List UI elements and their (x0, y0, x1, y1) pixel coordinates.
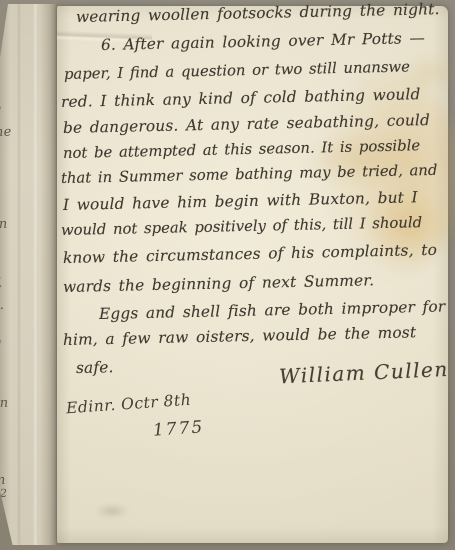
letter-line: wearing woollen footsocks during the nig… (76, 2, 440, 25)
letter-line: him, a few raw oisters, would be the mos… (63, 325, 417, 348)
stroke-fragment: e (0, 70, 1, 83)
letter-line: 6. After again looking over Mr Potts — (101, 31, 425, 53)
stroke-fragment: g (0, 337, 2, 350)
stroke-fragment: s. (0, 299, 4, 312)
manuscript-scan: 5 e b the r s j on o 7 s. l g – an f r m… (0, 0, 455, 550)
stroke-fragment: on (0, 218, 7, 232)
letter-line: Eggs and shell fish are both improper fo… (99, 299, 446, 322)
stroke-fragment: the (0, 126, 12, 140)
stroke-fragment: m (0, 474, 6, 487)
facing-page-edge: 5 e b the r s j on o 7 s. l g – an f r m… (0, 4, 57, 545)
letter-page: wearing woollen footsocks during the nig… (57, 6, 448, 543)
stroke-fragment: an (0, 397, 8, 411)
stroke-fragment: 5 (0, 14, 2, 27)
stroke-fragment: o (0, 272, 1, 285)
stroke-fragment: b (0, 102, 2, 115)
letter-line: safe. (76, 360, 114, 376)
dateline-year: 1775 (152, 419, 204, 440)
letter-line: wards the beginning of next Summer. (63, 273, 375, 295)
signature-william-cullen: William Cullen — (279, 358, 455, 387)
paper-stain (95, 504, 129, 518)
stroke-fragment: 7 (0, 285, 2, 298)
dateline-place: Edinr. Octr 8th (66, 393, 192, 417)
stroke-fragment: 72 (0, 488, 7, 499)
